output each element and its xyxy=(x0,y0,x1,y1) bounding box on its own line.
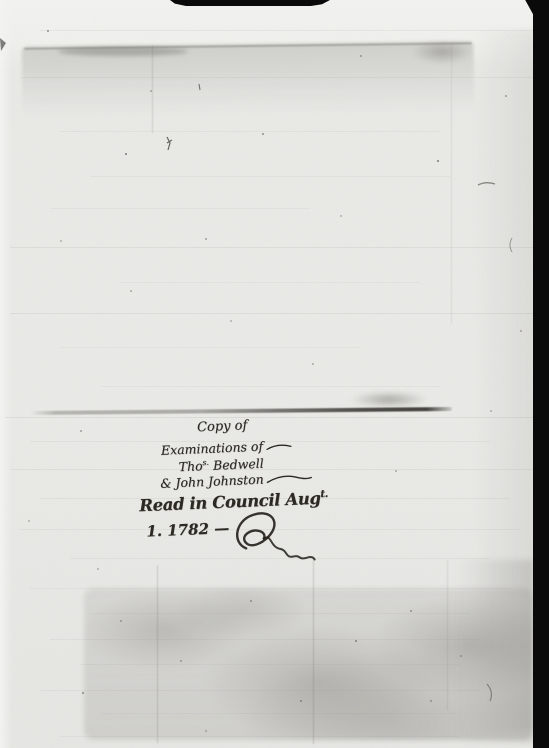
council-superscript: t. xyxy=(320,488,328,500)
ruled-line xyxy=(60,347,360,348)
document-scan: Copy of Examinations of Thos. Bedwell & … xyxy=(0,0,549,748)
ruled-line xyxy=(100,713,460,714)
ink-speckle xyxy=(430,700,432,702)
ink-speckle xyxy=(340,215,342,217)
ink-speckle xyxy=(130,290,132,292)
film-edge-top xyxy=(170,0,330,6)
ink-speckle xyxy=(82,692,84,694)
date-text: 1. 1782 xyxy=(146,520,209,541)
pen-swash-icon xyxy=(266,442,292,451)
ruled-line xyxy=(60,131,440,132)
ruled-line xyxy=(50,639,480,640)
examinations-text: Examinations of xyxy=(161,439,264,458)
ruled-line xyxy=(30,588,510,589)
ruled-line xyxy=(90,613,470,614)
ink-speckle xyxy=(250,600,252,602)
ink-speckle xyxy=(28,520,30,522)
ruled-line xyxy=(10,247,540,248)
ink-speckle xyxy=(47,30,49,32)
scan-left-margin xyxy=(0,0,12,748)
fold-crease xyxy=(313,558,314,744)
copy-of-text: Copy of xyxy=(197,418,248,435)
ink-speckle xyxy=(97,568,99,570)
ink-speckle xyxy=(180,660,182,662)
ink-speckle xyxy=(205,730,207,732)
fold-crease xyxy=(152,45,153,133)
ruled-line xyxy=(40,30,540,31)
ink-speckle xyxy=(80,430,82,432)
ruled-line xyxy=(80,664,460,665)
ink-speckle xyxy=(410,610,412,612)
ruled-line xyxy=(10,313,540,314)
ink-speckle xyxy=(460,655,462,657)
ink-speckle xyxy=(395,470,397,472)
pen-swash-icon xyxy=(266,473,312,485)
johnston-text: & John Johnston xyxy=(160,472,264,491)
ink-speckle xyxy=(520,330,522,332)
ink-speckle xyxy=(262,133,264,135)
bedwell-text: Bedwell xyxy=(213,456,264,473)
edge-stain-right xyxy=(412,40,472,64)
edge-stain-left xyxy=(58,47,188,56)
ruled-line xyxy=(20,77,535,78)
ink-speckle xyxy=(490,410,492,412)
ruled-line xyxy=(60,736,460,737)
signature-flourish xyxy=(225,505,319,567)
ruled-line xyxy=(120,282,420,283)
fold-crease xyxy=(451,44,452,324)
film-edge-right xyxy=(533,0,549,748)
fold-smudge xyxy=(350,391,428,408)
tho-superscript: s. xyxy=(202,458,209,467)
ink-speckle xyxy=(360,55,362,57)
fold-crease xyxy=(447,560,448,710)
ruled-line xyxy=(90,176,450,177)
ink-speckle xyxy=(437,160,439,162)
ruled-line xyxy=(50,208,310,209)
ink-speckle xyxy=(230,320,232,322)
handwriting-line-copy-of: Copy of xyxy=(197,418,248,435)
ink-speckle xyxy=(150,90,152,92)
ink-speckle xyxy=(120,620,122,622)
handwriting-block: Copy of Examinations of Thos. Bedwell & … xyxy=(135,409,372,583)
ink-speckle xyxy=(312,363,314,365)
ink-speckle xyxy=(355,640,357,642)
ink-speckle xyxy=(125,153,127,155)
ink-speckle xyxy=(60,240,62,242)
ink-speckle xyxy=(300,700,302,702)
ruled-line xyxy=(40,690,480,691)
ink-speckle xyxy=(505,95,507,97)
ruled-line xyxy=(100,386,440,387)
handwriting-line-examinations: Examinations of xyxy=(161,437,293,457)
handwriting-line-date: 1. 1782 — xyxy=(146,519,230,540)
ink-speckle xyxy=(205,238,207,240)
fold-crease xyxy=(157,565,158,743)
tho-text: Tho xyxy=(178,458,203,474)
